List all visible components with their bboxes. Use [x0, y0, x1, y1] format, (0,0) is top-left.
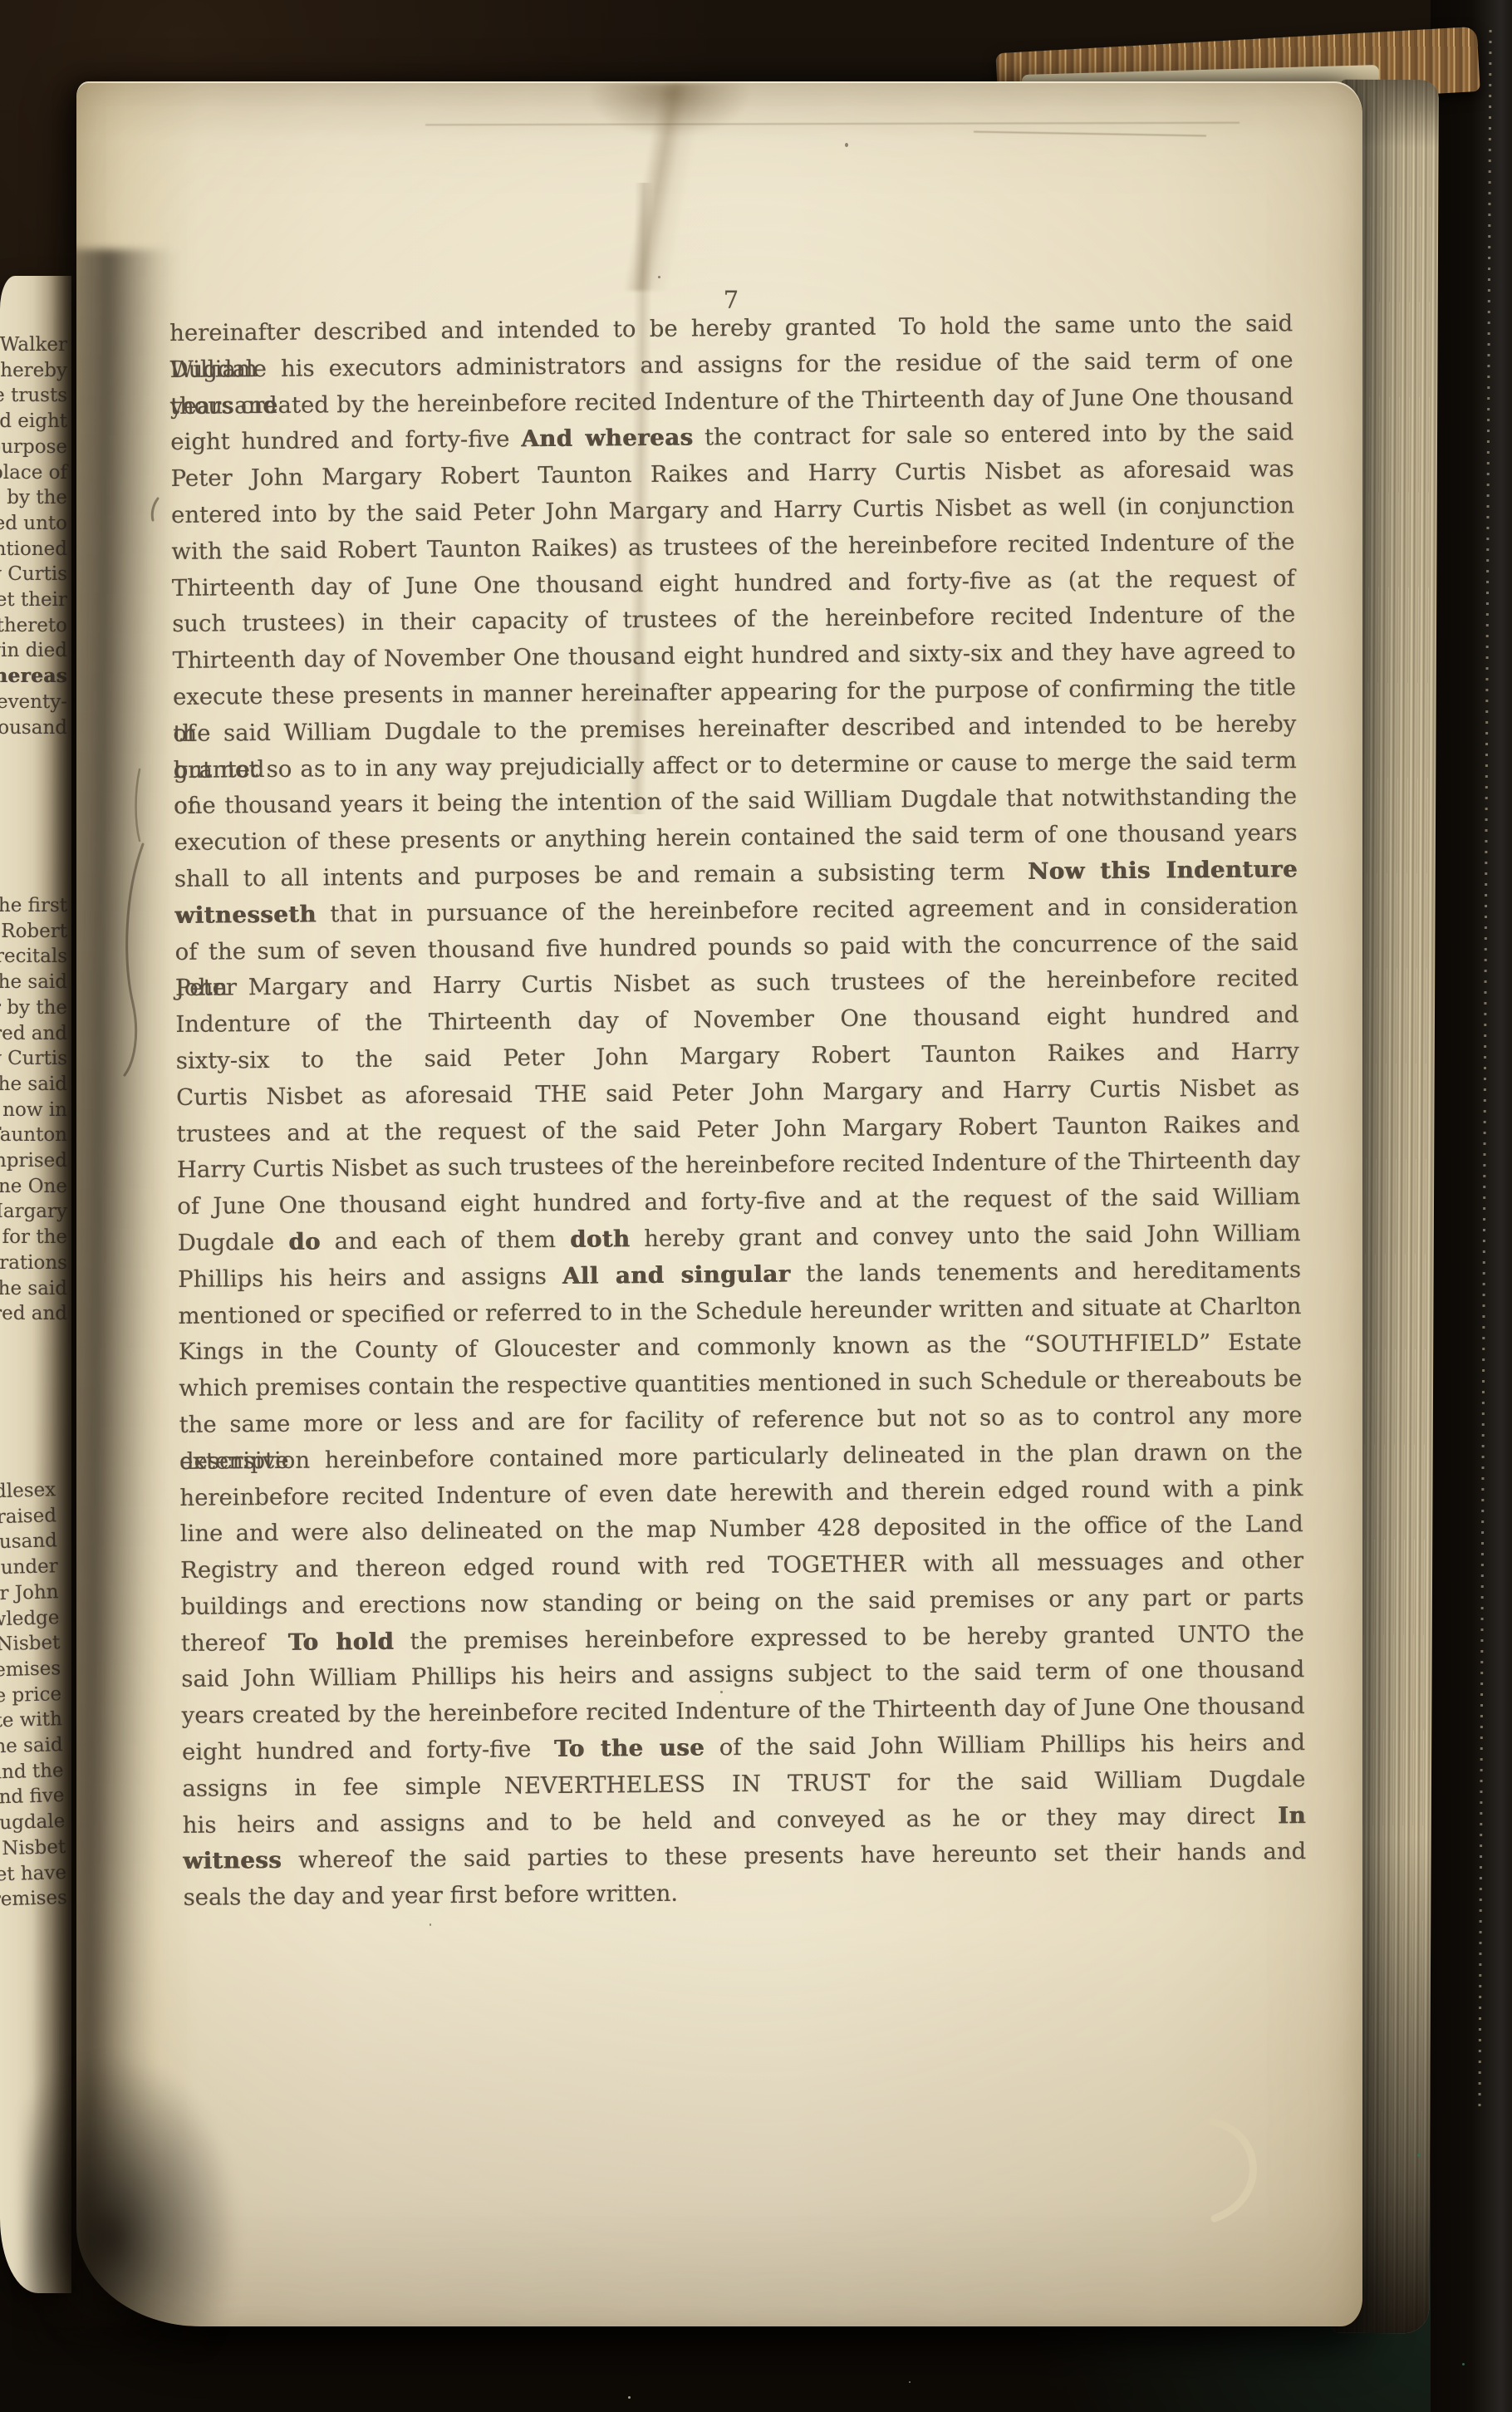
facing-page-fragment: e now in [0, 1098, 67, 1123]
facing-page-fragment: purpose [0, 435, 67, 460]
facing-page-fragment: e premises [0, 1885, 67, 1914]
dust-fleck [1417, 2154, 1421, 2157]
facing-page-fragment: eable under [0, 1554, 58, 1583]
blackletter-word: Now this Indenture [1028, 856, 1298, 885]
facing-page-sliver: s Walkerwherebyhe trustsnd eightpurposep… [0, 276, 71, 2293]
facing-page-fragment: ry Robert [0, 919, 67, 945]
blackletter-word: whereas [0, 665, 67, 687]
facing-page-fragment: ted unto [0, 511, 67, 537]
blackletter-word: To the use [554, 1735, 704, 1763]
facing-page-fragment: Peter John [0, 1579, 59, 1609]
facing-page-fragment: sbet their [0, 587, 67, 613]
facing-page-fragment: nd eight [0, 409, 67, 435]
facing-page-fragment: June One [0, 1174, 67, 1200]
ink-speck [720, 1691, 723, 1693]
facing-page-fragment: her by the [0, 995, 67, 1021]
blackletter-word: And whereas [521, 425, 693, 453]
scratch-mark [425, 122, 1240, 126]
facing-page-fragment: n date with [0, 1707, 62, 1736]
blackletter-word: witness [183, 1847, 282, 1874]
book-photo: s Walkerwherebyhe trustsnd eightpurposep… [0, 0, 1512, 2412]
facing-page-fragment-block: s Walkerwherebyhe trustsnd eightpurposep… [0, 332, 67, 740]
facing-page-fragment: D by the [0, 485, 67, 511]
scratch-mark [974, 131, 1206, 137]
facing-page-fragment: rtis Nisbet [0, 1835, 66, 1864]
facing-page-fragment: ry Curtis [0, 562, 67, 587]
facing-page-fragment: of the said [0, 1072, 67, 1098]
facing-page-fragment: eclarations [0, 1250, 67, 1276]
facing-page-fragment-block: the firstry Roberter recitalsn the saidh… [0, 893, 67, 1327]
facing-page-fragment: e thousand [0, 1529, 57, 1558]
ink-speck [1273, 532, 1274, 533]
page-curl-highlight [1198, 2115, 1289, 2223]
facing-page-fragment: e premises [0, 1656, 61, 1685]
facing-page-fragment: cknowledge [0, 1605, 60, 1634]
blackletter-word: All and singular [562, 1260, 791, 1289]
facing-page-fragment: n the said [0, 970, 67, 995]
facing-page-fragment: entioned [0, 537, 67, 562]
dust-fleck [909, 2381, 911, 2383]
facing-page-fragment: the first [0, 893, 67, 919]
facing-page-fragment: rtis Nisbet [0, 1630, 60, 1659]
facing-page-fragment: er recitals [0, 944, 67, 970]
facing-page-fragment: n Margary [0, 1199, 67, 1225]
facing-page-fragment: m Dugdale [0, 1809, 65, 1838]
main-page: 7 hereinafter described and intended to … [76, 81, 1362, 2326]
book-cover-edge [1431, 0, 1512, 2412]
facing-page-fragment: gns for the [0, 1225, 67, 1250]
ink-speck [430, 1923, 431, 1926]
blackletter-word: doth [570, 1226, 631, 1253]
facing-page-fragment-block: Middlesexbe raisede thousandeable underP… [0, 1477, 67, 1914]
facing-page-fragment: he trusts [0, 383, 67, 409]
blackletter-word: In [1278, 1802, 1306, 1829]
facing-page-fragment: Middlesex [0, 1477, 56, 1506]
facing-page-fragment: n the said [0, 1732, 63, 1761]
facing-page-fragment: thousand [0, 715, 67, 741]
facing-page-fragment: be raised [0, 1503, 56, 1532]
facing-page-fragment: is the said [0, 1276, 67, 1302]
blackletter-word: do [288, 1228, 321, 1255]
facing-page-fragment: isbet have [0, 1860, 66, 1889]
paper-crease [542, 83, 774, 291]
facing-page-fragment: place of [0, 460, 67, 486]
facing-page-fragment: t Taunton [0, 1122, 67, 1148]
dust-fleck [628, 2396, 631, 2399]
ink-speck [845, 143, 848, 147]
margin-pen-mark [106, 412, 164, 1077]
facing-page-fragment: le thereto [0, 613, 67, 639]
facing-page-fragment: lvin died [0, 638, 67, 664]
facing-page-fragment: ndred and [0, 1301, 67, 1327]
facing-page-fragment: whereas [0, 664, 67, 690]
facing-page-fragment: ousand five [0, 1783, 65, 1812]
document-text: hereinafter described and intended to be… [169, 306, 1307, 1917]
facing-page-fragment: s Walker [0, 332, 67, 358]
ink-speck [1069, 1047, 1072, 1050]
facing-page-fragment: rry Curtis [0, 1046, 67, 1072]
facing-page-fragment: ndred and [0, 1021, 67, 1047]
ink-speck [658, 276, 660, 278]
facing-page-fragment: at the price [0, 1682, 61, 1711]
dust-fleck [1462, 2363, 1465, 2365]
facing-page-fragment: comprised [0, 1148, 67, 1174]
facing-page-fragment: l seventy- [0, 690, 67, 715]
blackletter-word: witnesseth [174, 901, 317, 928]
blackletter-word: To hold [288, 1628, 395, 1655]
facing-page-fragment: arl and the [0, 1758, 64, 1787]
facing-page-fragment: whereby [0, 358, 67, 384]
